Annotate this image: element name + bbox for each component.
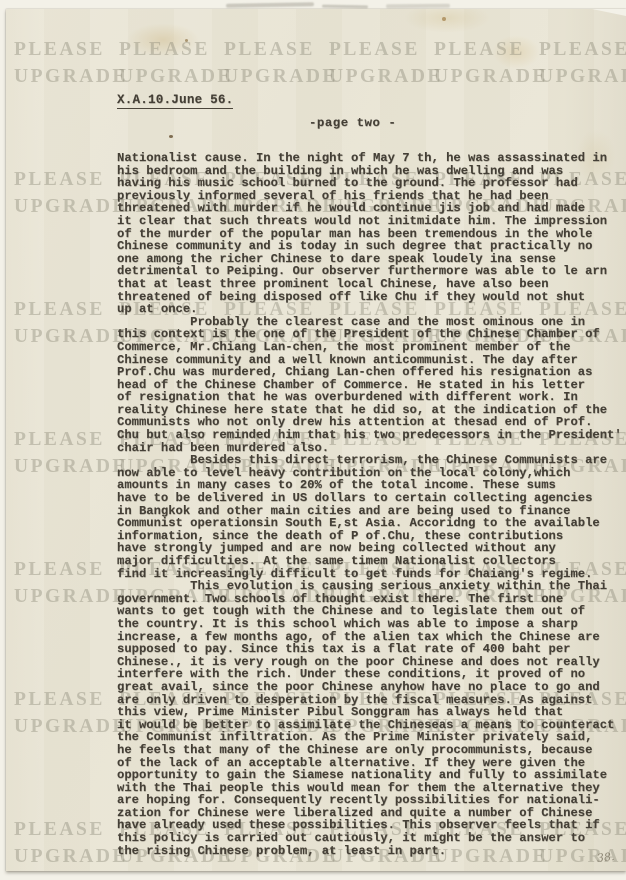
page-label: -page two - bbox=[309, 116, 396, 130]
page-number-annotation: 38. bbox=[596, 850, 615, 865]
document-body: Nationalist cause. In the night of May 7… bbox=[117, 152, 622, 857]
pencil-mark bbox=[226, 2, 314, 8]
document-page: PLEASEUPGRADEPLEASEUPGRADEPLEASEUPGRADEP… bbox=[6, 9, 626, 871]
pencil-mark bbox=[322, 5, 368, 9]
typewritten-content: X.A.10.June 56. -page two - Nationalist … bbox=[6, 9, 626, 871]
document-reference: X.A.10.June 56. bbox=[117, 93, 233, 109]
scanned-document: PLEASEUPGRADEPLEASEUPGRADEPLEASEUPGRADEP… bbox=[0, 0, 626, 880]
pencil-mark bbox=[386, 4, 450, 9]
